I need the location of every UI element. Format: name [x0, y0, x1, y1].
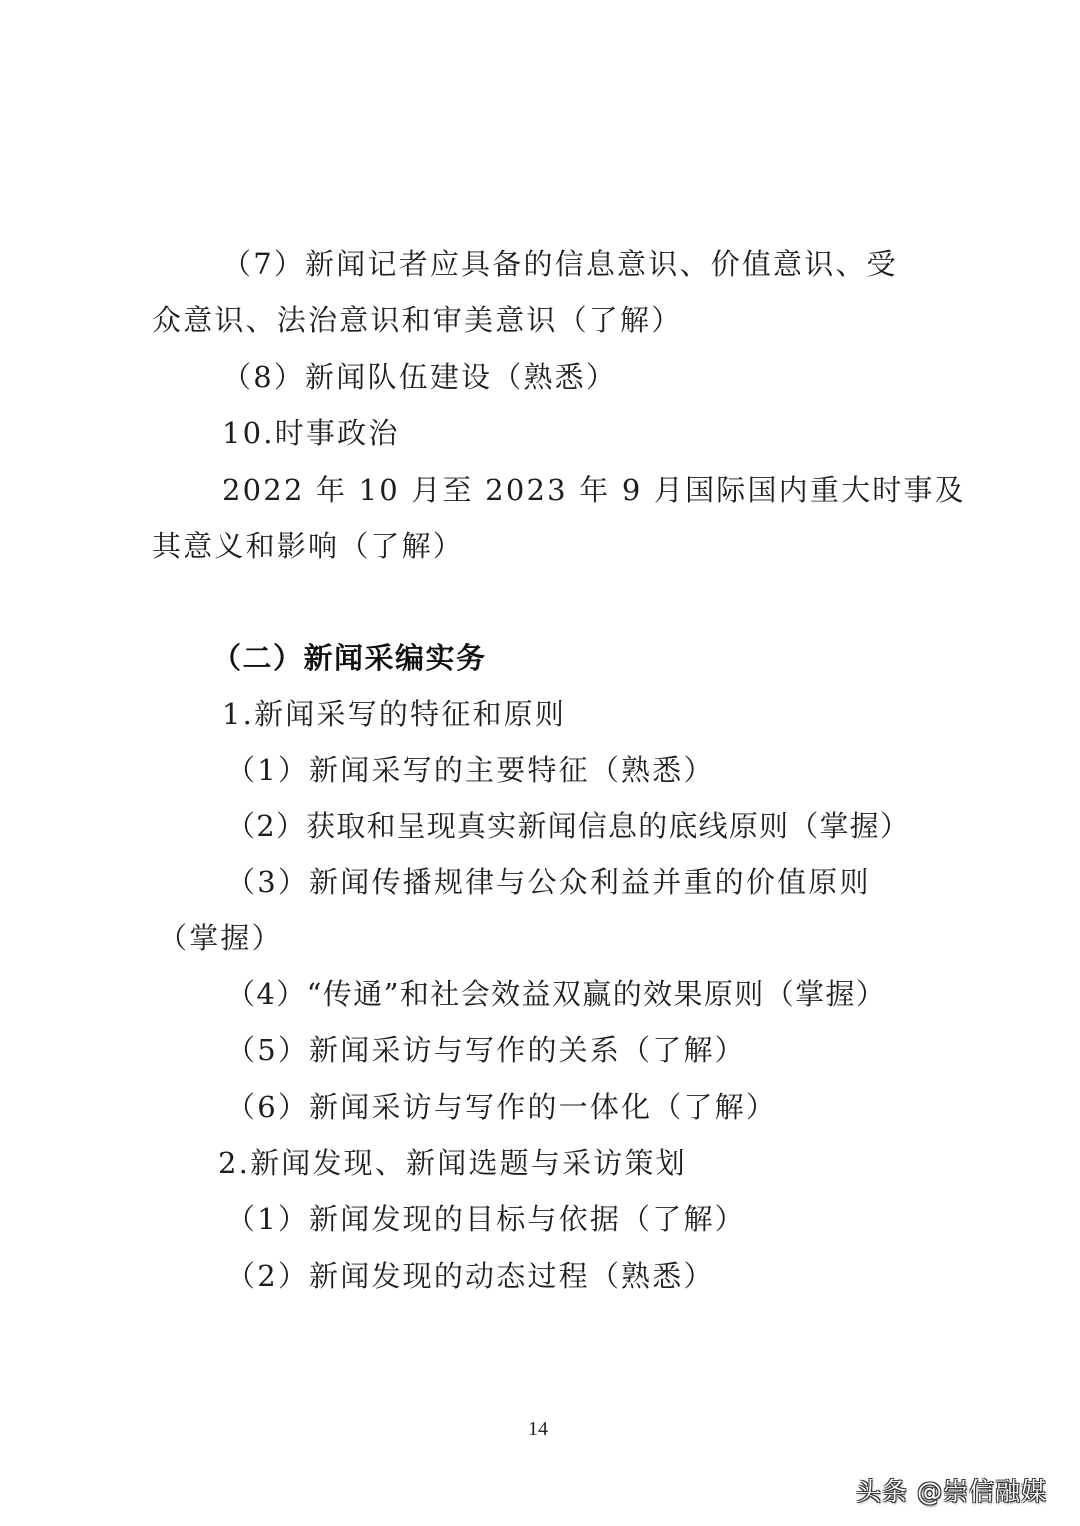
- watermark-label: 头条 @崇信融媒: [856, 1472, 1047, 1508]
- section-10-body-line2: 其意义和影响（了解）: [152, 526, 464, 566]
- section-10-body-line1: 2022 年 10 月至 2023 年 9 月国际国内重大时事及: [222, 470, 966, 510]
- subsection-1-item-3-line1: （3）新闻传播规律与公众利益并重的价值原则: [226, 862, 871, 902]
- subsection-2-title: 2.新闻发现、新闻选题与采访策划: [218, 1143, 687, 1183]
- subsection-1-title: 1.新闻采写的特征和原则: [222, 694, 566, 734]
- subsection-1-item-2: （2）获取和呈现真实新闻信息的底线原则（掌握）: [226, 806, 910, 846]
- list-item-7-line2: 众意识、法治意识和审美意识（了解）: [152, 300, 682, 340]
- subsection-1-item-1: （1）新闻采写的主要特征（熟悉）: [226, 750, 715, 790]
- section-heading: （二）新闻采编实务: [212, 638, 487, 678]
- document-page: （7）新闻记者应具备的信息意识、价值意识、受 众意识、法治意识和审美意识（了解）…: [0, 0, 1080, 1526]
- subsection-2-item-2: （2）新闻发现的动态过程（熟悉）: [226, 1256, 715, 1296]
- list-item-8: （8）新闻队伍建设（熟悉）: [222, 357, 617, 397]
- subsection-1-item-6: （6）新闻采访与写作的一体化（了解）: [226, 1087, 777, 1127]
- subsection-1-item-4: （4）“传通”和社会效益双赢的效果原则（掌握）: [226, 974, 886, 1014]
- subsection-1-item-5: （5）新闻采访与写作的关系（了解）: [226, 1030, 746, 1070]
- subsection-2-item-1: （1）新闻发现的目标与依据（了解）: [226, 1199, 746, 1239]
- section-10-title: 10.时事政治: [222, 413, 400, 453]
- page-number: 14: [528, 1418, 548, 1441]
- list-item-7-line1: （7）新闻记者应具备的信息意识、价值意识、受: [222, 244, 898, 284]
- subsection-1-item-3-line2: （掌握）: [158, 918, 283, 958]
